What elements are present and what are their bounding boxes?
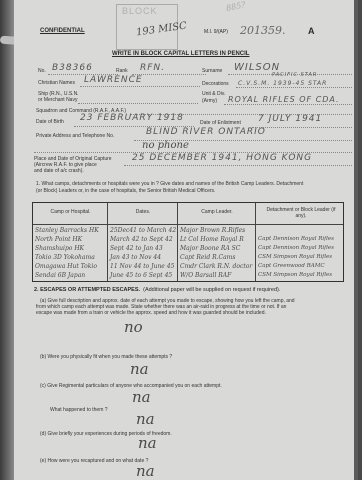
corner-scrawl: 885?	[225, 0, 246, 13]
decorations-value-1: PACIFIC STAR	[272, 72, 317, 78]
unit-label-1: Unit & Div.	[202, 91, 225, 97]
enlistment-value: 7 JULY 1941	[258, 114, 322, 124]
block-stamp-text: BLOCK	[122, 6, 158, 16]
q2b: (b) Were you physically fit when you mad…	[40, 354, 172, 360]
pow-questionnaire-page: BLOCK 193 MISC 885? CONFIDENTIAL M.I. 9/…	[14, 0, 358, 480]
decorations-value-2: C.V.S.M. 1939-45 STAR	[238, 80, 327, 87]
q2c-followup: What happened to them ?	[50, 407, 108, 413]
q2c: (c) Give Regimental particulars of anyon…	[40, 383, 222, 389]
dob-label: Date of Birth	[36, 119, 64, 125]
unit-label-2: (Army)	[202, 98, 217, 104]
unit-value: ROYAL RIFLES OF CDA.	[228, 95, 340, 104]
form-ref-suffix: A	[308, 26, 315, 36]
q2a-answer: no	[124, 318, 143, 336]
q2b-answer: na	[130, 360, 149, 378]
surname-label: Surname	[202, 68, 222, 74]
form-ref-label: M.I. 9/(AP)	[204, 29, 228, 35]
ship-label-2: or Merchant Navy	[38, 97, 77, 103]
rank-value: RFN.	[140, 63, 165, 73]
decorations-line	[236, 87, 352, 88]
section2-title: 2. ESCAPES OR ATTEMPTED ESCAPES. (Additi…	[34, 287, 280, 293]
q2e: (e) How were you recaptured and on what …	[40, 458, 148, 464]
christian-names-value: LAWRENCE	[84, 75, 143, 85]
q2e-answer: na	[136, 462, 155, 480]
no-value: B38366	[52, 63, 93, 73]
capture-line	[124, 165, 352, 166]
th-camp: Camp or Hospital.	[33, 209, 108, 215]
christian-names-line	[80, 86, 200, 87]
th-block: Detachment or Block Leader (if any).	[263, 207, 339, 219]
section1-question-1: 1. What camps, detachments or hospitals …	[36, 181, 303, 187]
section1-question-2: (or Block) Leaders or, in the case of ho…	[36, 188, 215, 194]
camp-table: Camp or Hospital. Dates. Camp Leader. De…	[32, 202, 344, 282]
capture-value: 25 DECEMBER 1941, HONG KONG	[132, 153, 312, 163]
phone-value: no phone	[142, 140, 189, 151]
enlistment-label: Date of Enlistment	[200, 120, 241, 126]
dob-value: 23 FEBRUARY 1918	[80, 113, 184, 123]
form-ref-value: 201359.	[240, 24, 286, 37]
table-row-leader: Major Brown R.RiflesLt Col Home Royal RM…	[180, 226, 252, 280]
decorations-label: Decorations	[202, 81, 229, 87]
confidential-label: CONFIDENTIAL	[40, 28, 85, 34]
q2c-answer: na	[132, 388, 151, 406]
unit-line	[224, 104, 352, 105]
christian-names-label: Christian Names	[38, 80, 75, 86]
instruction-heading: WRITE IN BLOCK CAPITAL LETTERS IN PENCIL	[112, 51, 249, 57]
capture-label-3: and date of a/c crash).	[34, 168, 84, 174]
th-leader: Camp Leader.	[178, 209, 256, 215]
page-edge	[354, 0, 358, 480]
enlistment-line	[252, 127, 352, 128]
q2a-line-3: escape was made from a train or vehicle …	[36, 310, 266, 316]
q2d-answer: na	[138, 434, 157, 452]
table-row-camp: Stanley Barracks HKNorth Point HKShamshu…	[35, 226, 99, 280]
binder-edge	[0, 0, 14, 480]
rank-label: Rank	[116, 68, 128, 74]
table-row-dates: 25Dec41 to March 42March 42 to Sept 42Se…	[110, 226, 176, 280]
rank-line	[132, 74, 206, 75]
address-value: BLIND RIVER ONTARIO	[146, 127, 266, 137]
th-dates: Dates.	[108, 209, 178, 215]
ship-line	[78, 103, 198, 104]
table-row-block: Capt Dennison Royal RiflesCapt Dennison …	[258, 235, 334, 280]
no-label: No.	[38, 68, 46, 74]
q2c-followup-answer: na	[136, 410, 155, 428]
address-label: Private Address and Telephone No.	[36, 133, 114, 139]
